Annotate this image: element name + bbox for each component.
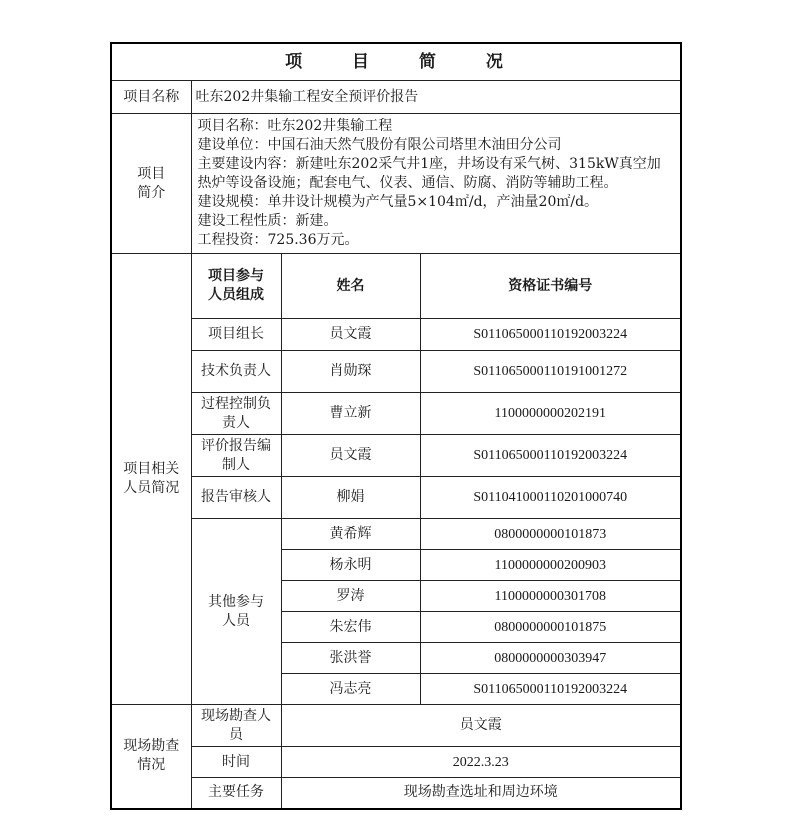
personnel-label-line1: 项目相关 — [116, 460, 187, 479]
role-cell: 技术负责人 — [191, 351, 281, 393]
name-cell: 员文霞 — [281, 435, 420, 477]
project-name-value: 吐东202井集输工程安全预评价报告 — [191, 81, 681, 114]
name-cell: 黄希辉 — [281, 519, 420, 550]
name-cell: 冯志亮 — [281, 674, 420, 705]
cert-cell: 0800000000101875 — [420, 612, 681, 643]
name-cell: 朱宏伟 — [281, 612, 420, 643]
intro-line: 建设单位：中国石油天然气股份有限公司塔里木油田分公司 — [198, 136, 675, 155]
cert-cell: S011065000110192003224 — [420, 319, 681, 351]
survey-row: 现场勘查 情况 现场勘查人员 员文霞 — [111, 705, 681, 747]
name-cell: 肖勋琛 — [281, 351, 420, 393]
survey-field-value: 现场勘查选址和周边环境 — [281, 778, 681, 809]
survey-label-line2: 情况 — [116, 756, 187, 775]
personnel-header-row: 项目相关 人员简况 项目参与 人员组成 姓名 资格证书编号 — [111, 254, 681, 319]
intro-line: 项目名称：吐东202井集输工程 — [198, 117, 675, 136]
intro-label-line2: 简介 — [116, 184, 187, 203]
survey-row: 时间 2022.3.23 — [111, 747, 681, 778]
project-name-row: 项目名称 吐东202井集输工程安全预评价报告 — [111, 81, 681, 114]
cert-cell: 0800000000303947 — [420, 643, 681, 674]
name-cell: 罗涛 — [281, 581, 420, 612]
survey-field-value: 员文霞 — [281, 705, 681, 747]
intro-line: 工程投资：725.36万元。 — [198, 231, 675, 250]
cert-cell: 1100000000301708 — [420, 581, 681, 612]
survey-section-label: 现场勘查 情况 — [111, 705, 191, 809]
cert-cell: S011065000110192003224 — [420, 435, 681, 477]
page-title: 项 目 简 况 — [111, 43, 681, 81]
cert-cell: 1100000000202191 — [420, 393, 681, 435]
table-row: 技术负责人 肖勋琛 S011065000110191001272 — [111, 351, 681, 393]
role-column-header: 项目参与 人员组成 — [191, 254, 281, 319]
cert-cell: S011041000110201000740 — [420, 477, 681, 519]
intro-line: 主要建设内容：新建吐东202采气井1座，井场设有采气树、315kW真空加热炉等设… — [198, 155, 675, 193]
survey-field-value: 2022.3.23 — [281, 747, 681, 778]
table-row: 项目组长 员文霞 S011065000110192003224 — [111, 319, 681, 351]
others-label: 其他参与 人员 — [191, 519, 281, 705]
name-cell: 柳娟 — [281, 477, 420, 519]
survey-field-label: 主要任务 — [191, 778, 281, 809]
survey-field-label: 时间 — [191, 747, 281, 778]
personnel-section-label: 项目相关 人员简况 — [111, 254, 191, 705]
project-name-label: 项目名称 — [111, 81, 191, 114]
cert-column-header: 资格证书编号 — [420, 254, 681, 319]
name-cell: 张洪誉 — [281, 643, 420, 674]
survey-label-line1: 现场勘查 — [116, 737, 187, 756]
intro-line: 建设规模：单井设计规模为产气量5×104㎡/d，产油量20㎡/d。 — [198, 193, 675, 212]
role-cell: 过程控制负责人 — [191, 393, 281, 435]
title-row: 项 目 简 况 — [111, 43, 681, 81]
personnel-label-line2: 人员简况 — [116, 479, 187, 498]
others-label-line1: 其他参与 — [196, 593, 277, 612]
project-overview-table: 项 目 简 况 项目名称 吐东202井集输工程安全预评价报告 项目 简介 项目名… — [110, 42, 682, 810]
role-cell: 评价报告编制人 — [191, 435, 281, 477]
cert-cell: 0800000000101873 — [420, 519, 681, 550]
intro-label: 项目 简介 — [111, 114, 191, 254]
intro-content: 项目名称：吐东202井集输工程 建设单位：中国石油天然气股份有限公司塔里木油田分… — [191, 114, 681, 254]
cert-cell: S011065000110192003224 — [420, 674, 681, 705]
name-cell: 曹立新 — [281, 393, 420, 435]
name-column-header: 姓名 — [281, 254, 420, 319]
table-row: 评价报告编制人 员文霞 S011065000110192003224 — [111, 435, 681, 477]
name-cell: 杨永明 — [281, 550, 420, 581]
role-header-line1: 项目参与 — [196, 267, 277, 286]
table-row: 报告审核人 柳娟 S011041000110201000740 — [111, 477, 681, 519]
cert-cell: S011065000110191001272 — [420, 351, 681, 393]
role-cell: 报告审核人 — [191, 477, 281, 519]
intro-label-line1: 项目 — [116, 165, 187, 184]
intro-row: 项目 简介 项目名称：吐东202井集输工程 建设单位：中国石油天然气股份有限公司… — [111, 114, 681, 254]
intro-line: 建设工程性质：新建。 — [198, 212, 675, 231]
role-header-line2: 人员组成 — [196, 286, 277, 305]
role-cell: 项目组长 — [191, 319, 281, 351]
name-cell: 员文霞 — [281, 319, 420, 351]
survey-row: 主要任务 现场勘查选址和周边环境 — [111, 778, 681, 809]
table-row: 其他参与 人员 黄希辉 0800000000101873 — [111, 519, 681, 550]
others-label-line2: 人员 — [196, 612, 277, 631]
survey-field-label: 现场勘查人员 — [191, 705, 281, 747]
table-row: 过程控制负责人 曹立新 1100000000202191 — [111, 393, 681, 435]
cert-cell: 1100000000200903 — [420, 550, 681, 581]
